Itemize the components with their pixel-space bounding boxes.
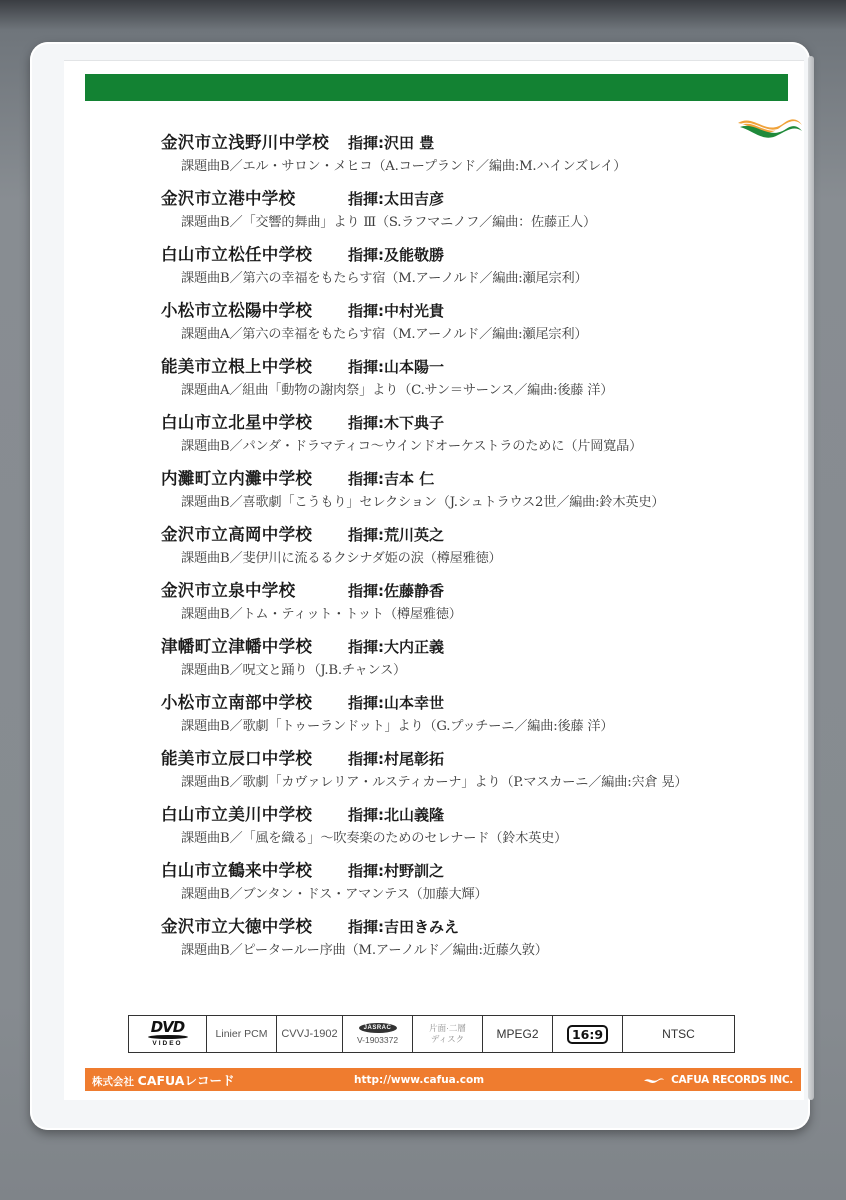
conductor: 指揮:沢田 豊 [348, 132, 434, 153]
track-entry: 金沢市立浅野川中学校 指揮:沢田 豊 課題曲B／エル・サロン・メヒコ（A.コープ… [161, 129, 781, 185]
track-entry: 白山市立松任中学校 指揮:及能敬勝 課題曲B／第六の幸福をもたらす宿（M.アーノ… [161, 241, 781, 297]
company-name-jp: 株式会社 CAFUAレコード [92, 1071, 234, 1089]
piece-title: 課題曲B／「風を織る」～吹奏楽のためのセレナード（鈴木英史） [161, 828, 781, 855]
piece-title: 課題曲B／第六の幸福をもたらす宿（M.アーノルド／編曲:瀬尾宗利） [161, 268, 781, 295]
school-name: 白山市立鶴来中学校 [161, 857, 348, 881]
piece-title: 課題曲B／歌劇「トゥーランドット」より（G.プッチーニ／編曲:後藤 洋） [161, 716, 781, 743]
dvd-video-logo: DVD VIDEO [129, 1016, 207, 1052]
track-entry: 金沢市立大徳中学校 指揮:吉田きみえ 課題曲B／ピータールー序曲（M.アーノルド… [161, 913, 781, 969]
company-name-en: CAFUA RECORDS INC. [643, 1074, 793, 1086]
school-name: 金沢市立浅野川中学校 [161, 129, 348, 153]
jasrac-code: V-1903372 [357, 1035, 398, 1045]
jasrac-logo-icon: JASRAC [359, 1023, 397, 1033]
video-system: NTSC [623, 1016, 734, 1052]
piece-title: 課題曲A／第六の幸福をもたらす宿（M.アーノルド／編曲:瀬尾宗利） [161, 324, 781, 351]
track-entry: 能美市立根上中学校 指揮:山本陽一 課題曲A／組曲「動物の謝肉祭」より（C.サン… [161, 353, 781, 409]
piece-title: 課題曲B／パンダ・ドラマティコ～ウインドオーケストラのために（片岡寛晶） [161, 436, 781, 463]
school-name: 内灘町立内灘中学校 [161, 465, 348, 489]
school-name: 金沢市立高岡中学校 [161, 521, 348, 545]
school-name: 金沢市立港中学校 [161, 185, 348, 209]
piece-title: 課題曲B／ピータールー序曲（M.アーノルド／編曲:近藤久敦） [161, 940, 781, 967]
conductor: 指揮:太田吉彦 [348, 188, 444, 209]
school-name: 津幡町立津幡中学校 [161, 633, 348, 657]
school-name: 白山市立北星中学校 [161, 409, 348, 433]
dvd-case: 金沢市立浅野川中学校 指揮:沢田 豊 課題曲B／エル・サロン・メヒコ（A.コープ… [30, 42, 810, 1130]
disc-layer: 片面·二層 ディスク [413, 1016, 483, 1052]
track-entry: 白山市立北星中学校 指揮:木下典子 課題曲B／パンダ・ドラマティコ～ウインドオー… [161, 409, 781, 465]
disc-icon [148, 1035, 188, 1039]
jasrac-cell: JASRAC V-1903372 [343, 1016, 413, 1052]
school-name: 小松市立南部中学校 [161, 689, 348, 713]
piece-title: 課題曲B／斐伊川に流るるクシナダ姫の涙（樽屋雅徳） [161, 548, 781, 575]
piece-title: 課題曲B／エル・サロン・メヒコ（A.コープランド／編曲:M.ハインズレイ） [161, 156, 781, 183]
piece-title: 課題曲B／呪文と踊り（J.B.チャンス） [161, 660, 781, 687]
school-name: 白山市立美川中学校 [161, 801, 348, 825]
conductor: 指揮:山本陽一 [348, 356, 444, 377]
track-list: 金沢市立浅野川中学校 指揮:沢田 豊 課題曲B／エル・サロン・メヒコ（A.コープ… [161, 129, 781, 969]
track-entry: 内灘町立内灘中学校 指揮:吉本 仁 課題曲B／喜歌劇「こうもり」セレクション（J… [161, 465, 781, 521]
conductor: 指揮:吉本 仁 [348, 468, 434, 489]
piece-title: 課題曲B／「交響的舞曲」より Ⅲ（S.ラフマニノフ／編曲：佐藤正人） [161, 212, 781, 239]
school-name: 金沢市立大徳中学校 [161, 913, 348, 937]
audio-format: Linier PCM [207, 1016, 277, 1052]
school-name: 能美市立根上中学校 [161, 353, 348, 377]
conductor: 指揮:村野訓之 [348, 860, 444, 881]
disc-spec-bar: DVD VIDEO Linier PCM CVVJ-1902 JASRAC V-… [128, 1015, 735, 1053]
dvd-logo-icon: DVD [151, 1021, 185, 1034]
school-name: 金沢市立泉中学校 [161, 577, 348, 601]
green-header-bar [85, 74, 788, 101]
track-entry: 能美市立辰口中学校 指揮:村尾彰拓 課題曲B／歌劇「カヴァレリア・ルスティカーナ… [161, 745, 781, 801]
conductor: 指揮:木下典子 [348, 412, 444, 433]
school-name: 小松市立松陽中学校 [161, 297, 348, 321]
conductor: 指揮:中村光貴 [348, 300, 444, 321]
track-entry: 金沢市立高岡中学校 指揮:荒川英之 課題曲B／斐伊川に流るるクシナダ姫の涙（樽屋… [161, 521, 781, 577]
website-url: http://www.cafua.com [354, 1074, 484, 1086]
cafua-swoosh-icon [643, 1075, 665, 1085]
catalog-number: CVVJ-1902 [277, 1016, 343, 1052]
piece-title: 課題曲B／ブンタン・ドス・アマンテス（加藤大輝） [161, 884, 781, 911]
track-entry: 金沢市立港中学校 指揮:太田吉彦 課題曲B／「交響的舞曲」より Ⅲ（S.ラフマニ… [161, 185, 781, 241]
track-entry: 白山市立美川中学校 指揮:北山義隆 課題曲B／「風を織る」～吹奏楽のためのセレナ… [161, 801, 781, 857]
school-name: 白山市立松任中学校 [161, 241, 348, 265]
aspect-ratio: 16:9 [553, 1016, 623, 1052]
track-entry: 津幡町立津幡中学校 指揮:大内正義 課題曲B／呪文と踊り（J.B.チャンス） [161, 633, 781, 689]
publisher-footer-bar: 株式会社 CAFUAレコード http://www.cafua.com CAFU… [85, 1068, 801, 1091]
piece-title: 課題曲B／歌劇「カヴァレリア・ルスティカーナ」より（P.マスカーニ／編曲:宍倉 … [161, 772, 781, 799]
school-name: 能美市立辰口中学校 [161, 745, 348, 769]
conductor: 指揮:及能敬勝 [348, 244, 444, 265]
conductor: 指揮:吉田きみえ [348, 916, 459, 937]
track-entry: 白山市立鶴来中学校 指揮:村野訓之 課題曲B／ブンタン・ドス・アマンテス（加藤大… [161, 857, 781, 913]
track-entry: 小松市立松陽中学校 指揮:中村光貴 課題曲A／第六の幸福をもたらす宿（M.アーノ… [161, 297, 781, 353]
conductor: 指揮:荒川英之 [348, 524, 444, 545]
piece-title: 課題曲A／組曲「動物の謝肉祭」より（C.サン＝サーンス／編曲:後藤 洋） [161, 380, 781, 407]
back-cover-insert: 金沢市立浅野川中学校 指揮:沢田 豊 課題曲B／エル・サロン・メヒコ（A.コープ… [64, 60, 804, 1100]
track-entry: 小松市立南部中学校 指揮:山本幸世 課題曲B／歌劇「トゥーランドット」より（G.… [161, 689, 781, 745]
piece-title: 課題曲B／喜歌劇「こうもり」セレクション（J.シュトラウス2世／編曲:鈴木英史） [161, 492, 781, 519]
piece-title: 課題曲B／トム・ティット・トット（樽屋雅徳） [161, 604, 781, 631]
track-entry: 金沢市立泉中学校 指揮:佐藤静香 課題曲B／トム・ティット・トット（樽屋雅徳） [161, 577, 781, 633]
conductor: 指揮:大内正義 [348, 636, 444, 657]
conductor: 指揮:村尾彰拓 [348, 748, 444, 769]
conductor: 指揮:北山義隆 [348, 804, 444, 825]
conductor: 指揮:山本幸世 [348, 692, 444, 713]
conductor: 指揮:佐藤静香 [348, 580, 444, 601]
aspect-ratio-icon: 16:9 [567, 1025, 608, 1044]
video-codec: MPEG2 [483, 1016, 553, 1052]
